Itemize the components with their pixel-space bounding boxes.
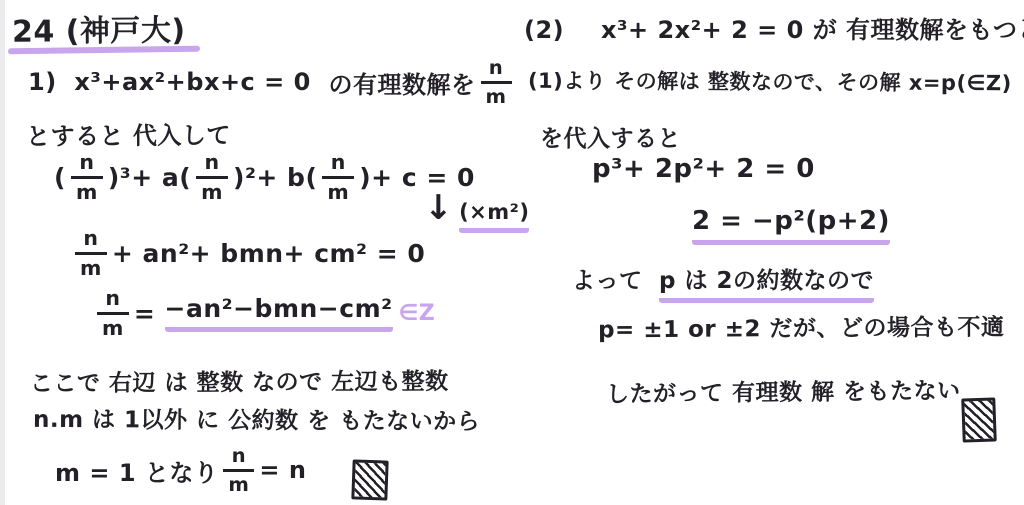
substitute-text: とすると 代入して — [26, 115, 231, 151]
fraction-n-over-m: n m — [71, 152, 103, 202]
eq3-equals-sign: = — [134, 299, 155, 328]
part2-conclusion-line: したがって 有理数 解 をもたない — [606, 372, 961, 409]
fraction-n-over-m: n m — [196, 152, 228, 202]
part2-equation-heading: x³+ 2x²+ 2 = 0 が 有理数解をもつとする — [601, 16, 1024, 44]
part2-line1: (1)より その解は 整数なので、その解 x=p(∈Z) — [528, 65, 1012, 98]
fraction-n-over-m: n m — [223, 446, 254, 494]
eq3-rhs-underlined: −an²−bmn−cm² — [165, 294, 393, 332]
eq1-open-paren: ( — [54, 163, 66, 192]
eq-2-equals-minus-p2: 2 = −p²(p+2) — [692, 206, 890, 245]
fraction-n-over-m: n m — [75, 228, 107, 278]
part2-divisor-line: よって p は 2の約数なので — [572, 262, 874, 295]
qed-box-icon — [961, 397, 997, 442]
part2-isolated-equation: 2 = −p²(p+2) — [692, 206, 890, 236]
expanded-equation: ( n m )³+ a( n m )²+ b( n m )+ c = 0 — [54, 152, 475, 202]
part2-substituted-equation: p³+ 2p²+ 2 = 0 — [592, 154, 815, 184]
integer-note-line: ここで 右辺 は 整数 なので 左辺も整数 — [30, 363, 449, 398]
part1-intro-line: 1) x³+ax²+bx+c = 0 の有理数解を n m — [28, 58, 517, 106]
multiply-by-m2-label: (×m²) — [459, 200, 529, 233]
part2-candidates-line: p= ±1 or ±2 だが、どの場合も不適 — [598, 309, 1005, 345]
fraction-n-over-m: n m — [481, 58, 512, 106]
fraction-n-over-m: n m — [322, 152, 354, 202]
conclusion-suffix: = n — [259, 456, 306, 484]
down-arrow-icon: ↓ — [424, 188, 453, 228]
qed-box-icon — [351, 459, 388, 500]
divisor-line-prefix: よって — [572, 268, 643, 294]
problem-title: 24 (神戸大) — [12, 5, 186, 51]
divisor-line-underlined: p は 2の約数なので — [659, 268, 874, 303]
multiply-annotation: ↓ (×m²) — [424, 188, 529, 228]
eq2-terms: + an²+ bmn+ cm² = 0 — [112, 239, 425, 268]
fraction-n-over-m: n m — [97, 288, 129, 338]
eq1-squared-plus-b: )²+ b( — [233, 163, 317, 192]
handwritten-notes-page: 24 (神戸大) 1) x³+ax²+bx+c = 0 の有理数解を n m と… — [0, 0, 1024, 505]
part2-heading: (2) x³+ 2x²+ 2 = 0 が 有理数解をもつとする — [524, 10, 1024, 45]
isolated-equation: n m = −an²−bmn−cm² ∈Z — [92, 288, 435, 338]
integer-membership-note: ∈Z — [399, 301, 436, 326]
title-underline — [8, 46, 200, 55]
part1-label: 1) — [28, 68, 57, 96]
conclusion-prefix: m = 1 となり — [55, 453, 218, 488]
part1-cubic-equation: x³+ax²+bx+c = 0 — [74, 68, 310, 96]
reduced-equation: n m + an²+ bmn+ cm² = 0 — [70, 228, 425, 278]
coprime-note-line: n.m は 1以外 に 公約数 を もたないから — [33, 401, 480, 436]
part2-line2: を代入すると — [540, 120, 681, 153]
part1-intro-text: の有理数解を — [329, 65, 476, 100]
part2-label: (2) — [524, 16, 564, 44]
part1-conclusion-line: m = 1 となり n m = n — [55, 446, 306, 494]
eq1-cubed-plus-a: )³+ a( — [108, 163, 191, 192]
page-edge-strip — [0, 0, 5, 505]
